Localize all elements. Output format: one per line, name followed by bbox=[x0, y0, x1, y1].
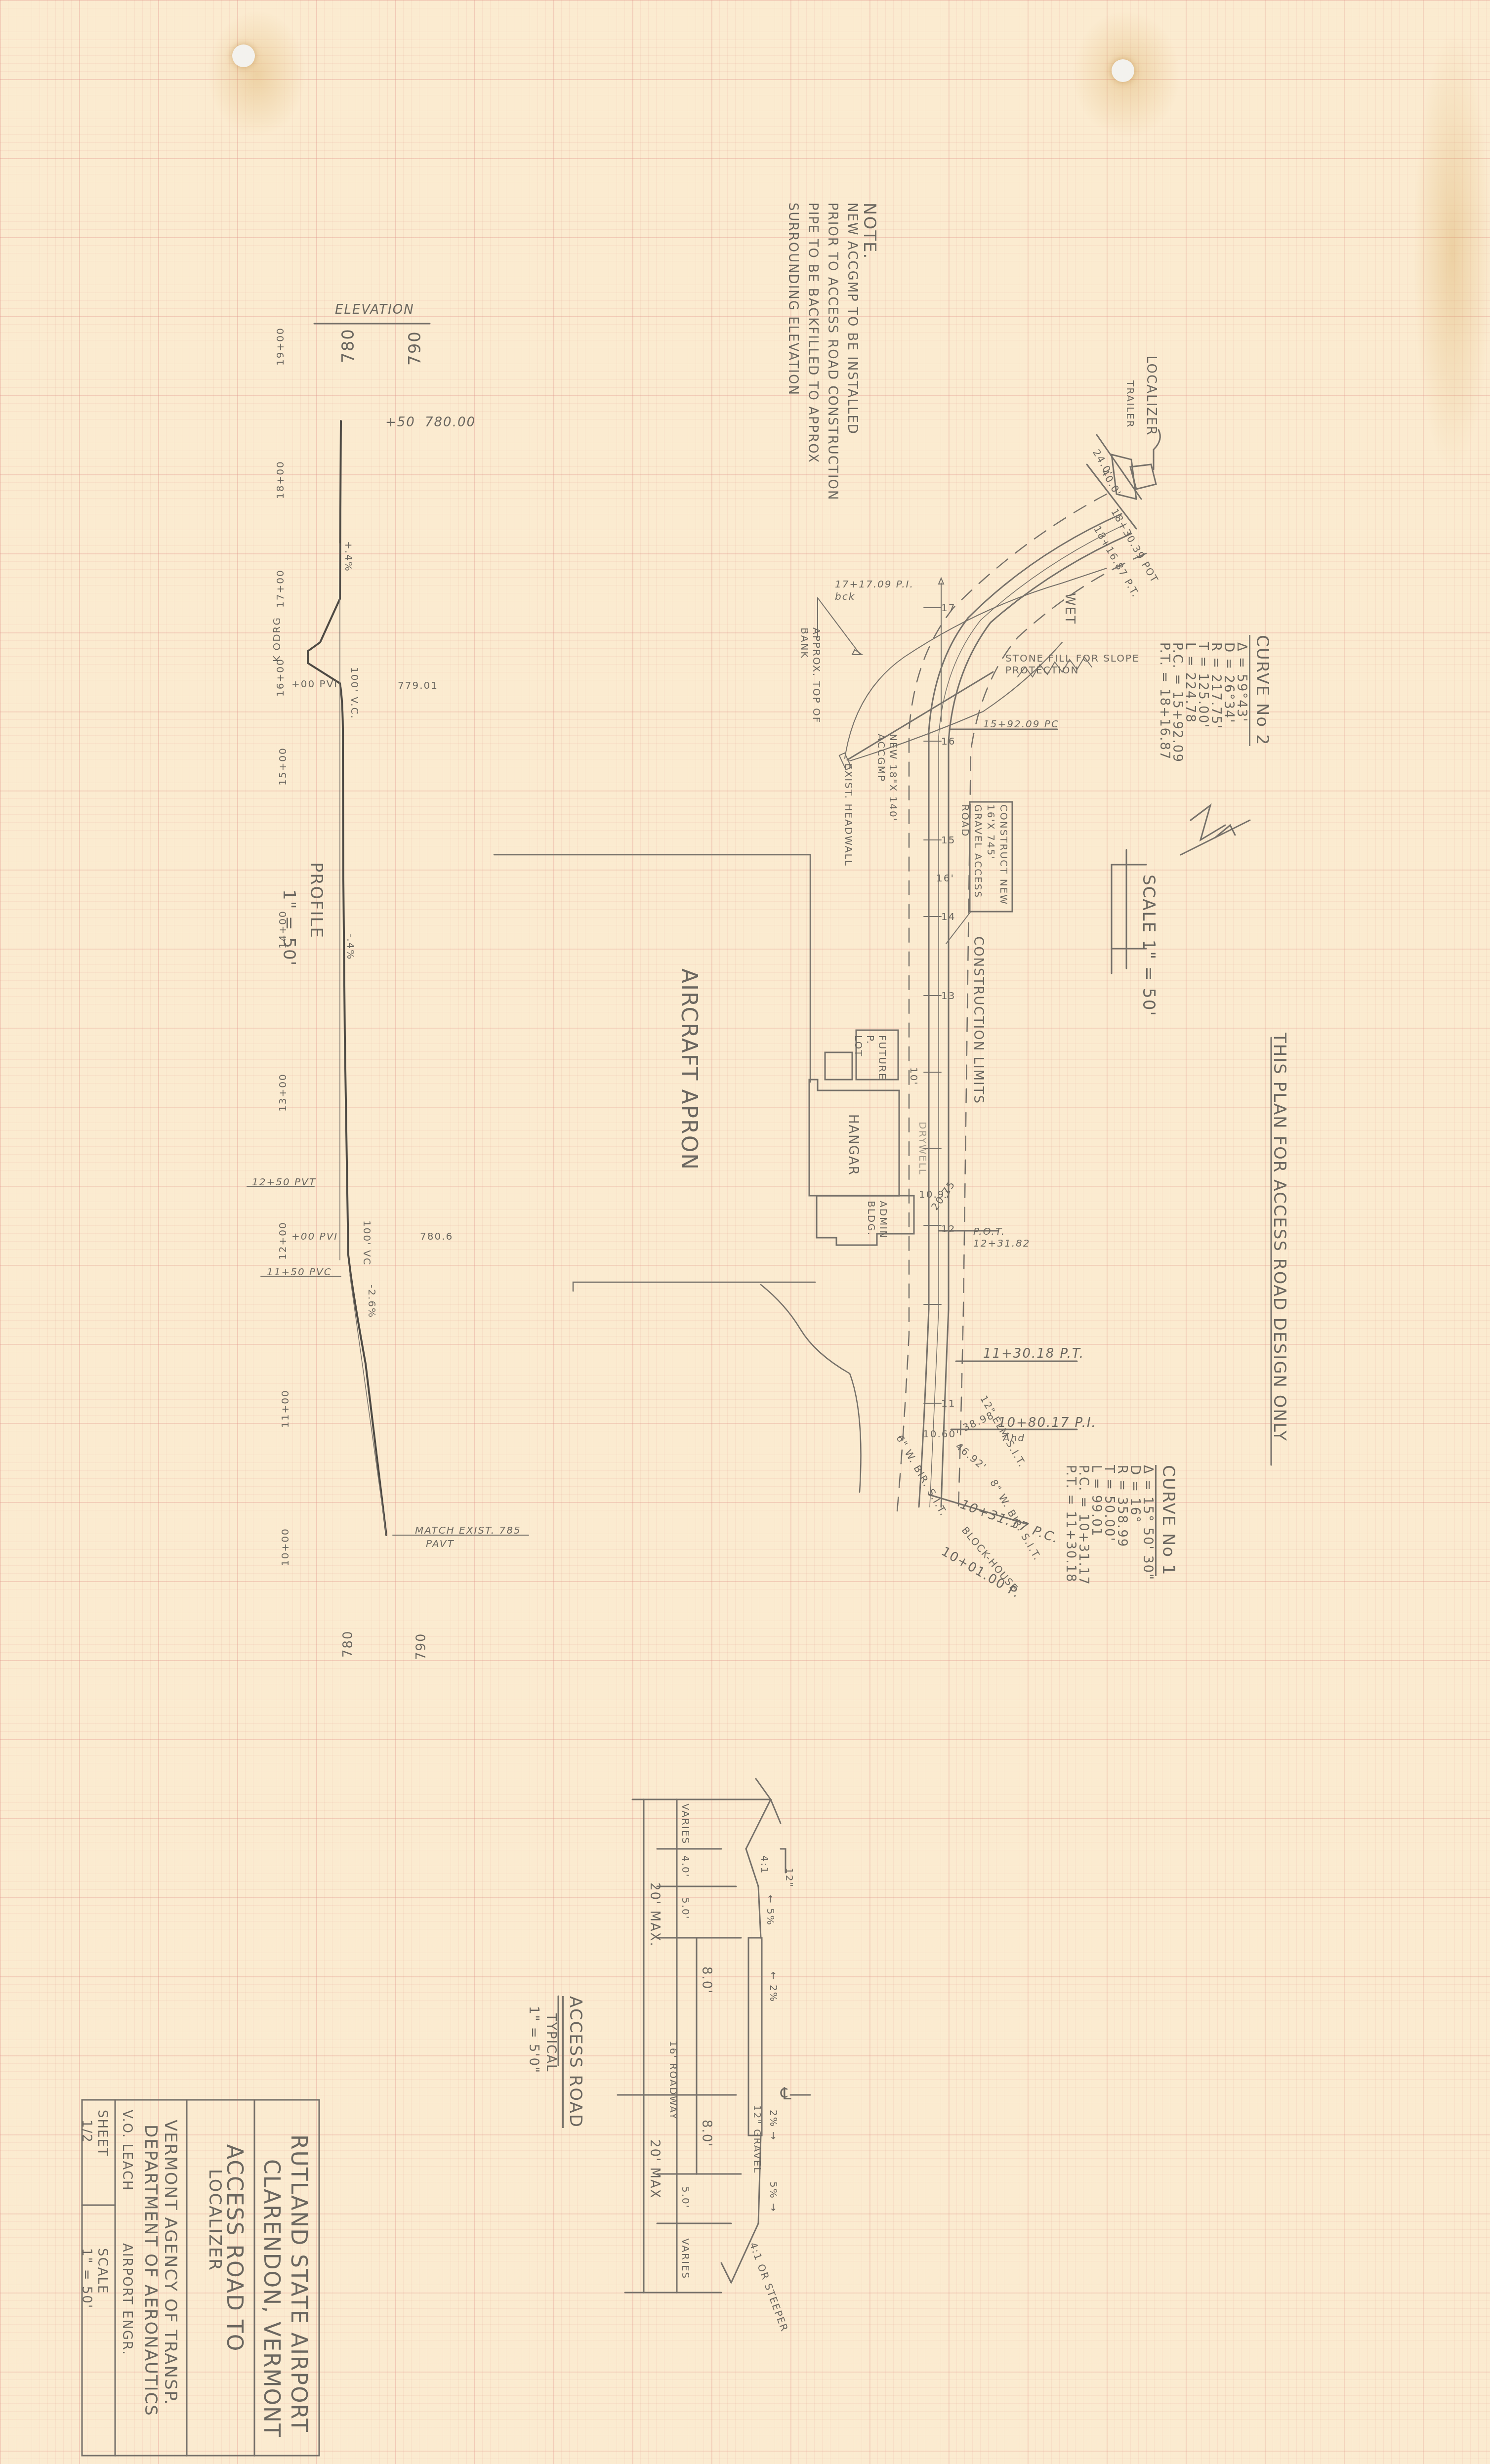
width-label: 16' bbox=[936, 872, 954, 884]
station-callout: 10+80.17 P.I. bbox=[998, 1416, 1097, 1430]
station-label: 18+00 bbox=[274, 460, 286, 499]
grade-label: -.4% bbox=[345, 934, 357, 960]
section-scale: 1" = 5'0" bbox=[526, 2006, 541, 2074]
curve1-row: P.T. = 11+30.18 bbox=[1063, 1465, 1078, 1583]
vc-label: 100' V.C. bbox=[349, 667, 361, 719]
title-airport: RUTLAND STATE AIRPORT bbox=[286, 2134, 311, 2433]
station-label: 16+00 bbox=[274, 658, 286, 697]
station-callout: 15+92.09 PC bbox=[983, 718, 1059, 730]
sheet-label: SHEET bbox=[95, 2110, 110, 2157]
pvi-label: +00 PVI bbox=[291, 1230, 338, 1242]
station-tick: 11 bbox=[941, 1397, 955, 1409]
section-grade: ← 5% bbox=[765, 1895, 777, 1926]
grade-label: -2.6% bbox=[366, 1285, 378, 1318]
construct-note: CONSTRUCT NEW 16'X 745' GRAVEL ACCESS RO… bbox=[959, 804, 1010, 908]
station-label: 17+00 bbox=[274, 569, 286, 608]
curve2-title: CURVE No 2 bbox=[1249, 635, 1272, 746]
engineer-name: V.O. LEACH bbox=[120, 2110, 134, 2191]
section-dim: VARIES bbox=[680, 2238, 692, 2279]
note-heading: NOTE. bbox=[860, 203, 879, 259]
curve1-row: L = 99.01 bbox=[1089, 1465, 1104, 1537]
section-grade: ← 2% bbox=[768, 1971, 780, 2003]
centerline-symbol: ℄ bbox=[781, 2084, 792, 2104]
scale-label: SCALE bbox=[95, 2248, 110, 2294]
apron-label: AIRCRAFT APRON bbox=[676, 968, 702, 1170]
scale-value: 1" = 50' bbox=[79, 2248, 94, 2309]
section-dim: 8.0' bbox=[699, 1966, 714, 1995]
elev-tick-780: 780 bbox=[338, 328, 358, 363]
future-lot-label: FUTURE P. LOT bbox=[853, 1035, 888, 1070]
curve1-row: Δ = 15° 50' 30" bbox=[1140, 1465, 1155, 1581]
station-callout-sub: bck bbox=[835, 590, 855, 602]
section-dim: 5.0' bbox=[680, 1897, 692, 1920]
headwall-label: EXIST. HEADWALL bbox=[843, 763, 855, 867]
section-slope: 4:1 bbox=[759, 1855, 771, 1874]
curve2-row: D = 26°34' bbox=[1221, 642, 1236, 724]
elev-tick-790: 790 bbox=[405, 331, 425, 366]
profile-scale: 1" = 50' bbox=[279, 889, 299, 966]
plan-scale: SCALE 1" = 50' bbox=[1139, 875, 1159, 1017]
profile-title: PROFILE bbox=[306, 862, 326, 939]
note-line: PRIOR TO ACCESS ROAD CONSTRUCTION bbox=[825, 203, 840, 501]
station-tick: 13 bbox=[941, 990, 955, 1002]
agency-name: VERMONT AGENCY OF TRANSP. bbox=[161, 2120, 180, 2406]
department-name: DEPARTMENT OF AERONAUTICS bbox=[141, 2125, 161, 2417]
vc-label: 100' VC bbox=[361, 1220, 373, 1266]
ground-label: K ODRG bbox=[271, 617, 283, 662]
curve1-title: CURVE No 1 bbox=[1155, 1465, 1178, 1576]
title-project-2: LOCALIZER bbox=[205, 2169, 225, 2271]
section-title: ACCESS ROAD bbox=[562, 1996, 585, 2128]
section-grade: 5% → bbox=[768, 2181, 780, 2213]
match-label-2: PAVT bbox=[426, 1538, 455, 1549]
grade-label: +.4% bbox=[343, 541, 355, 572]
north-arrow bbox=[1181, 805, 1250, 855]
elev-tick-790-bottom: 790 bbox=[414, 1632, 429, 1660]
drywell-label: DRYWELL bbox=[917, 1122, 929, 1175]
construction-limits-label: CONSTRUCTION LIMITS bbox=[971, 936, 986, 1104]
profile-label: +50 bbox=[385, 415, 415, 430]
profile-line bbox=[308, 421, 386, 1535]
note-line: SURROUNDING ELEVATION bbox=[786, 203, 800, 396]
curve2-row: P.T. = 18+16.87 bbox=[1157, 642, 1172, 760]
linework bbox=[0, 0, 1490, 2464]
station-label: 11+00 bbox=[279, 1389, 291, 1428]
curve2-row: P.C. = 15+92.09 bbox=[1170, 642, 1185, 763]
station-callout: 17+17.09 P.I. bbox=[835, 578, 914, 590]
construction-limits bbox=[897, 494, 1146, 1517]
curve1-row: P.C. = 10+31.17 bbox=[1076, 1465, 1091, 1586]
station-label: 10+00 bbox=[279, 1528, 291, 1566]
drawing-sheet: RUTLAND STATE AIRPORT CLARENDON, VERMONT… bbox=[0, 0, 1490, 2464]
section-dim: VARIES bbox=[680, 1803, 692, 1844]
station-label: 19+00 bbox=[274, 327, 286, 366]
stone-fill-label: STONE FILL FOR SLOPE PROTECTION bbox=[1005, 652, 1144, 676]
match-label: MATCH EXIST. 785 bbox=[415, 1524, 521, 1536]
section-dim: 20' MAX. bbox=[647, 1882, 662, 1947]
curve2-row: Δ = 59°43' bbox=[1234, 642, 1249, 722]
curve1-row: D = 16° bbox=[1127, 1465, 1142, 1523]
wet-label: WET bbox=[1062, 593, 1077, 625]
trailer-label: TRAILER bbox=[1124, 380, 1136, 428]
note-line: PIPE TO BE BACKFILLED TO APPROX bbox=[805, 203, 820, 463]
station-label: 12+00 bbox=[277, 1221, 289, 1260]
curve2-row: R = 217.75' bbox=[1208, 642, 1223, 730]
dim-label: 10.60' bbox=[923, 1428, 960, 1440]
station-tick: 14 bbox=[941, 911, 955, 922]
sheet-value: 1/2 bbox=[79, 2120, 94, 2143]
section-ditch: 12" bbox=[784, 1868, 795, 1888]
localizer-label: LOCALIZER bbox=[1144, 356, 1159, 436]
hangar-label: HANGAR bbox=[846, 1114, 861, 1176]
section-dim: 20' MAX bbox=[647, 2139, 662, 2199]
station-tick: 15 bbox=[941, 834, 955, 846]
pvc-label: 11+50 PVC bbox=[267, 1266, 332, 1278]
curve2-row: T = 125.00' bbox=[1196, 642, 1210, 728]
profile-elevation-header: ELEVATION bbox=[335, 302, 414, 317]
curve2-row: L = 224.78 bbox=[1183, 642, 1198, 723]
elev-label: 779.01 bbox=[398, 679, 438, 691]
elev-label: 780.6 bbox=[420, 1230, 453, 1242]
title-project: ACCESS ROAD TO bbox=[222, 2144, 247, 2352]
section-dim: 8.0' bbox=[699, 2120, 714, 2148]
station-tick: 12 bbox=[941, 1223, 955, 1235]
station-tick: 17 bbox=[941, 602, 955, 614]
typical-section bbox=[618, 1779, 810, 2293]
plan-disclaimer: THIS PLAN FOR ACCESS ROAD DESIGN ONLY bbox=[1270, 1033, 1289, 1442]
pipe-label: NEW 18"X 140' ACCGMP bbox=[875, 734, 899, 852]
curve1-row: R = 358.99 bbox=[1115, 1465, 1129, 1547]
section-subtitle: TYPICAL bbox=[543, 2013, 558, 2073]
section-dim: 5.0' bbox=[680, 2186, 692, 2209]
title-location: CLARENDON, VERMONT bbox=[259, 2159, 284, 2438]
section-grade: 2% → bbox=[768, 2110, 780, 2141]
note-line: NEW ACCGMP TO BE INSTALLED bbox=[845, 203, 860, 435]
pvt-label: 12+50 PVT bbox=[252, 1176, 316, 1188]
profile-label: 780.00 bbox=[425, 415, 476, 430]
section-gravel: 12" GRAVEL bbox=[751, 2105, 763, 2173]
station-label: 15+00 bbox=[277, 747, 289, 786]
station-tick: 16 bbox=[941, 735, 955, 747]
section-dim: 16' ROADWAY bbox=[667, 2041, 679, 2120]
apron-outline bbox=[494, 855, 861, 1492]
elev-tick-780-bottom: 780 bbox=[341, 1630, 356, 1658]
pvi-label: +00 PVI bbox=[291, 678, 338, 690]
dim-label: 10' bbox=[908, 1067, 920, 1086]
station-callout: 11+30.18 P.T. bbox=[983, 1346, 1084, 1361]
engineer-title: AIRPORT ENGR. bbox=[120, 2243, 134, 2355]
approx-top-label: APPROX. TOP OF BANK bbox=[799, 627, 823, 741]
admin-label: ADMIN BLDG. bbox=[866, 1201, 889, 1235]
station-callout: P.O.T. 12+31.82 bbox=[973, 1225, 1018, 1249]
section-dim: 4.0' bbox=[680, 1855, 692, 1878]
station-label: 13+00 bbox=[277, 1073, 289, 1112]
curve1-row: T = 50.00' bbox=[1102, 1465, 1117, 1542]
